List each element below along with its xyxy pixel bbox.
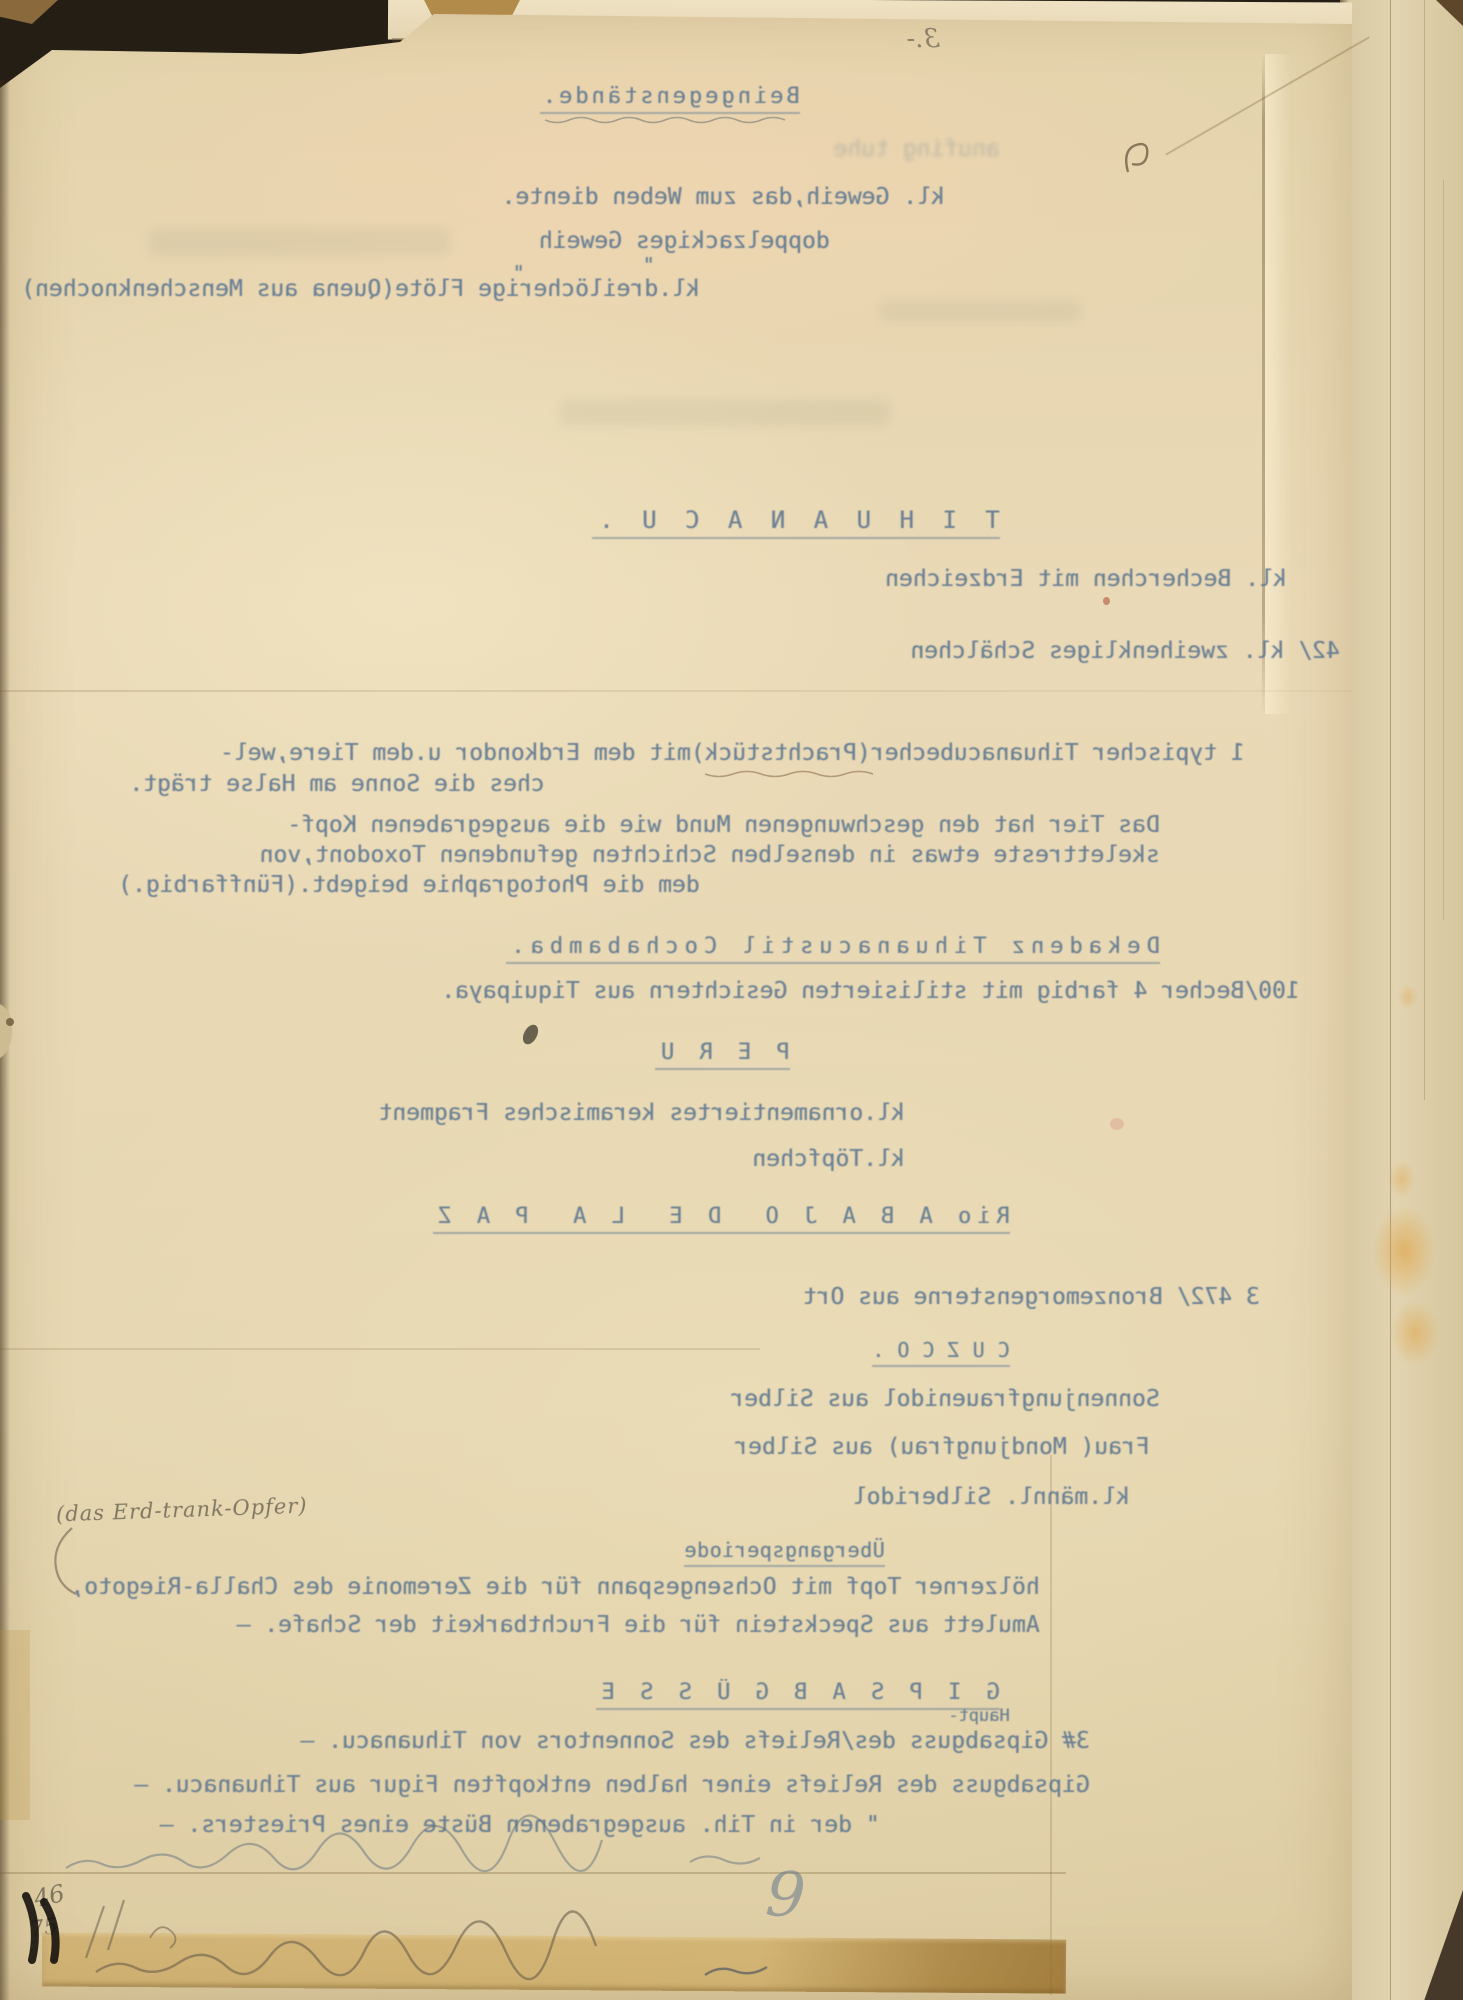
pencil-bracket bbox=[55, 1528, 76, 1594]
edge-speck bbox=[6, 1018, 14, 1026]
pencil-wavy-underline bbox=[545, 118, 785, 123]
pencil-curl-mark bbox=[1126, 144, 1147, 172]
handwriting-squiggle bbox=[66, 1815, 602, 1871]
handwriting-squiggle bbox=[96, 1911, 596, 1979]
pencil-slashes bbox=[86, 1900, 124, 1958]
pencil-word-underline bbox=[705, 772, 873, 777]
ink-corner-marks bbox=[26, 1896, 56, 1960]
handwriting-squiggle bbox=[690, 1856, 760, 1863]
annotations-layer bbox=[0, 0, 1463, 2000]
pencil-curl bbox=[150, 1927, 176, 1948]
scanned-document-page: 3.- Beingegenstände.anufing tuhekl. Gewe… bbox=[0, 0, 1463, 2000]
handwriting-squiggle bbox=[705, 1967, 767, 1975]
edge-chip bbox=[0, 1004, 12, 1058]
